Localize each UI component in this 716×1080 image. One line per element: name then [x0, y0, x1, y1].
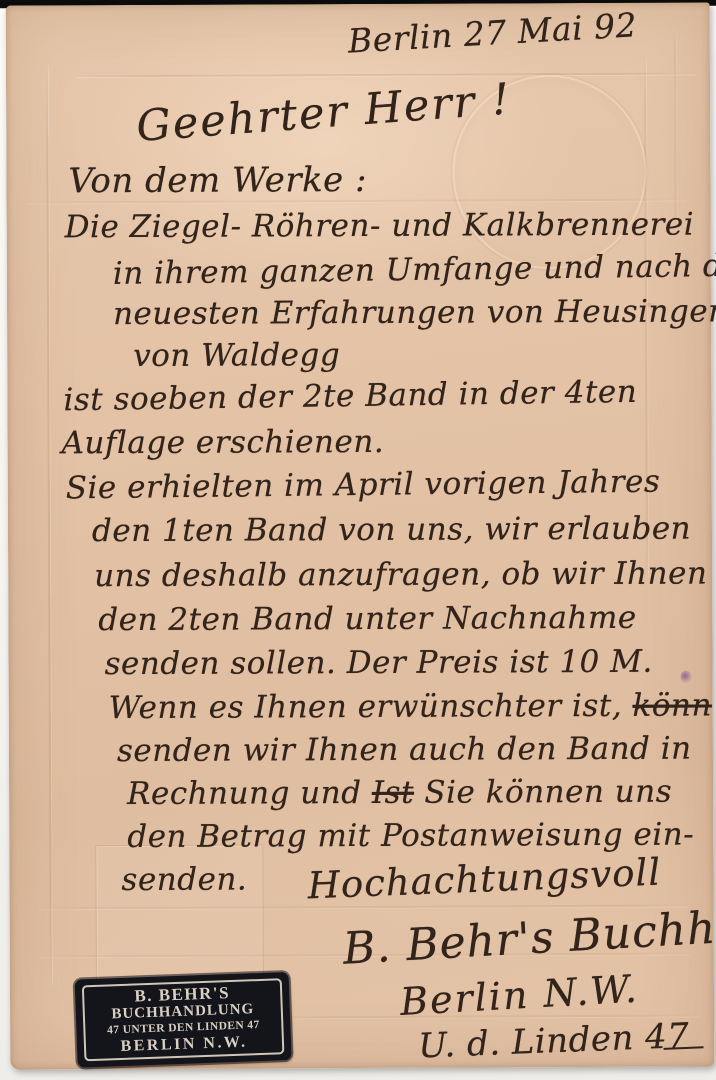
crease-line	[76, 73, 696, 78]
handwritten-line: senden sollen. Der Preis ist 10 M.	[104, 645, 652, 681]
signature-street: U. d. Linden 47	[418, 1018, 690, 1066]
signature-place: Berlin N.W.	[399, 969, 640, 1024]
stamp-line: BERLIN N.W.	[120, 1032, 248, 1056]
handwritten-line: den Betrag mit Postanweisung ein-	[127, 818, 694, 855]
line-text: den Betrag mit Postanweisung ein-	[127, 817, 694, 855]
line-text: Sie erhielten im April vorigen Jahres	[66, 464, 661, 507]
handwritten-line: den 1ten Band von uns, wir erlauben	[92, 512, 691, 549]
handwritten-line: Rechnung und Ist Sie können uns	[127, 775, 672, 811]
handwritten-line: senden wir Ihnen auch den Band in	[117, 732, 692, 769]
handwritten-line: den 2ten Band unter Nachnahme	[98, 601, 636, 637]
line-text: senden wir Ihnen auch den Band in	[117, 731, 692, 770]
line-text: Von dem Werke :	[68, 160, 367, 201]
date-line: Berlin 27 Mai 92	[347, 7, 638, 60]
struck-word: Ist	[372, 775, 414, 811]
handwritten-line: Auflage erschienen.	[62, 425, 385, 461]
handwritten-line: ist soeben der 2te Band in der 4ten	[63, 375, 637, 418]
handwritten-line: in ihrem ganzen Umfange und nach den	[113, 248, 716, 291]
line-text: senden sollen. Der Preis ist 10 M.	[104, 644, 652, 682]
line-text: von Waldegg	[133, 337, 340, 374]
handwritten-line: Die Ziegel- Röhren- und Kalkbrennerei	[65, 208, 695, 245]
bookseller-stamp-frame: B. BEHR'S BUCHHANDLUNG 47 UNTER DEN LIND…	[82, 978, 285, 1061]
salutation: Geehrter Herr !	[135, 76, 513, 151]
handwritten-line: uns deshalb anzufragen, ob wir Ihnen	[94, 556, 707, 593]
closing-formula: Hochachtungsvoll	[307, 853, 662, 908]
crease-line	[46, 65, 52, 985]
postcard: Berlin 27 Mai 92 Geehrter Herr ! Von dem…	[6, 2, 715, 1069]
purple-ink-spot	[681, 671, 692, 684]
postcard-scan: Berlin 27 Mai 92 Geehrter Herr ! Von dem…	[0, 0, 716, 1080]
struck-word: könn	[632, 687, 712, 723]
line-text: in ihrem ganzen Umfange und nach den	[113, 247, 716, 292]
line-text: ist soeben der 2te Band in der 4ten	[63, 374, 637, 419]
crease-line	[674, 33, 677, 233]
line-text: neuesten Erfahrungen von Heusinger	[113, 293, 716, 332]
line-text: Rechnung und	[127, 775, 372, 812]
handwritten-line: senden.	[121, 862, 247, 897]
line-text: uns deshalb anzufragen, ob wir Ihnen	[94, 555, 707, 594]
handwritten-line: von Waldegg	[133, 338, 340, 373]
handwritten-line: Von dem Werke :	[68, 162, 367, 201]
line-text: Auflage erschienen.	[62, 424, 385, 461]
line-text: den 1ten Band von uns, wir erlauben	[92, 511, 691, 550]
handwritten-line: neuesten Erfahrungen von Heusinger	[113, 294, 716, 331]
line-text: Sie können uns	[414, 774, 672, 811]
line-text: Wenn es Ihnen erwünschter ist,	[109, 688, 633, 726]
line-text: den 2ten Band unter Nachnahme	[98, 600, 636, 638]
handwritten-line: Sie erhielten im April vorigen Jahres	[66, 465, 661, 506]
signature: B. Behr's Buchhdlg	[342, 900, 716, 974]
bookseller-stamp: B. BEHR'S BUCHHANDLUNG 47 UNTER DEN LIND…	[75, 972, 292, 1068]
line-text: Die Ziegel- Röhren- und Kalkbrennerei	[65, 207, 695, 246]
handwritten-line: Wenn es Ihnen erwünschter ist, könn	[109, 688, 712, 725]
line-text: senden.	[121, 861, 247, 898]
